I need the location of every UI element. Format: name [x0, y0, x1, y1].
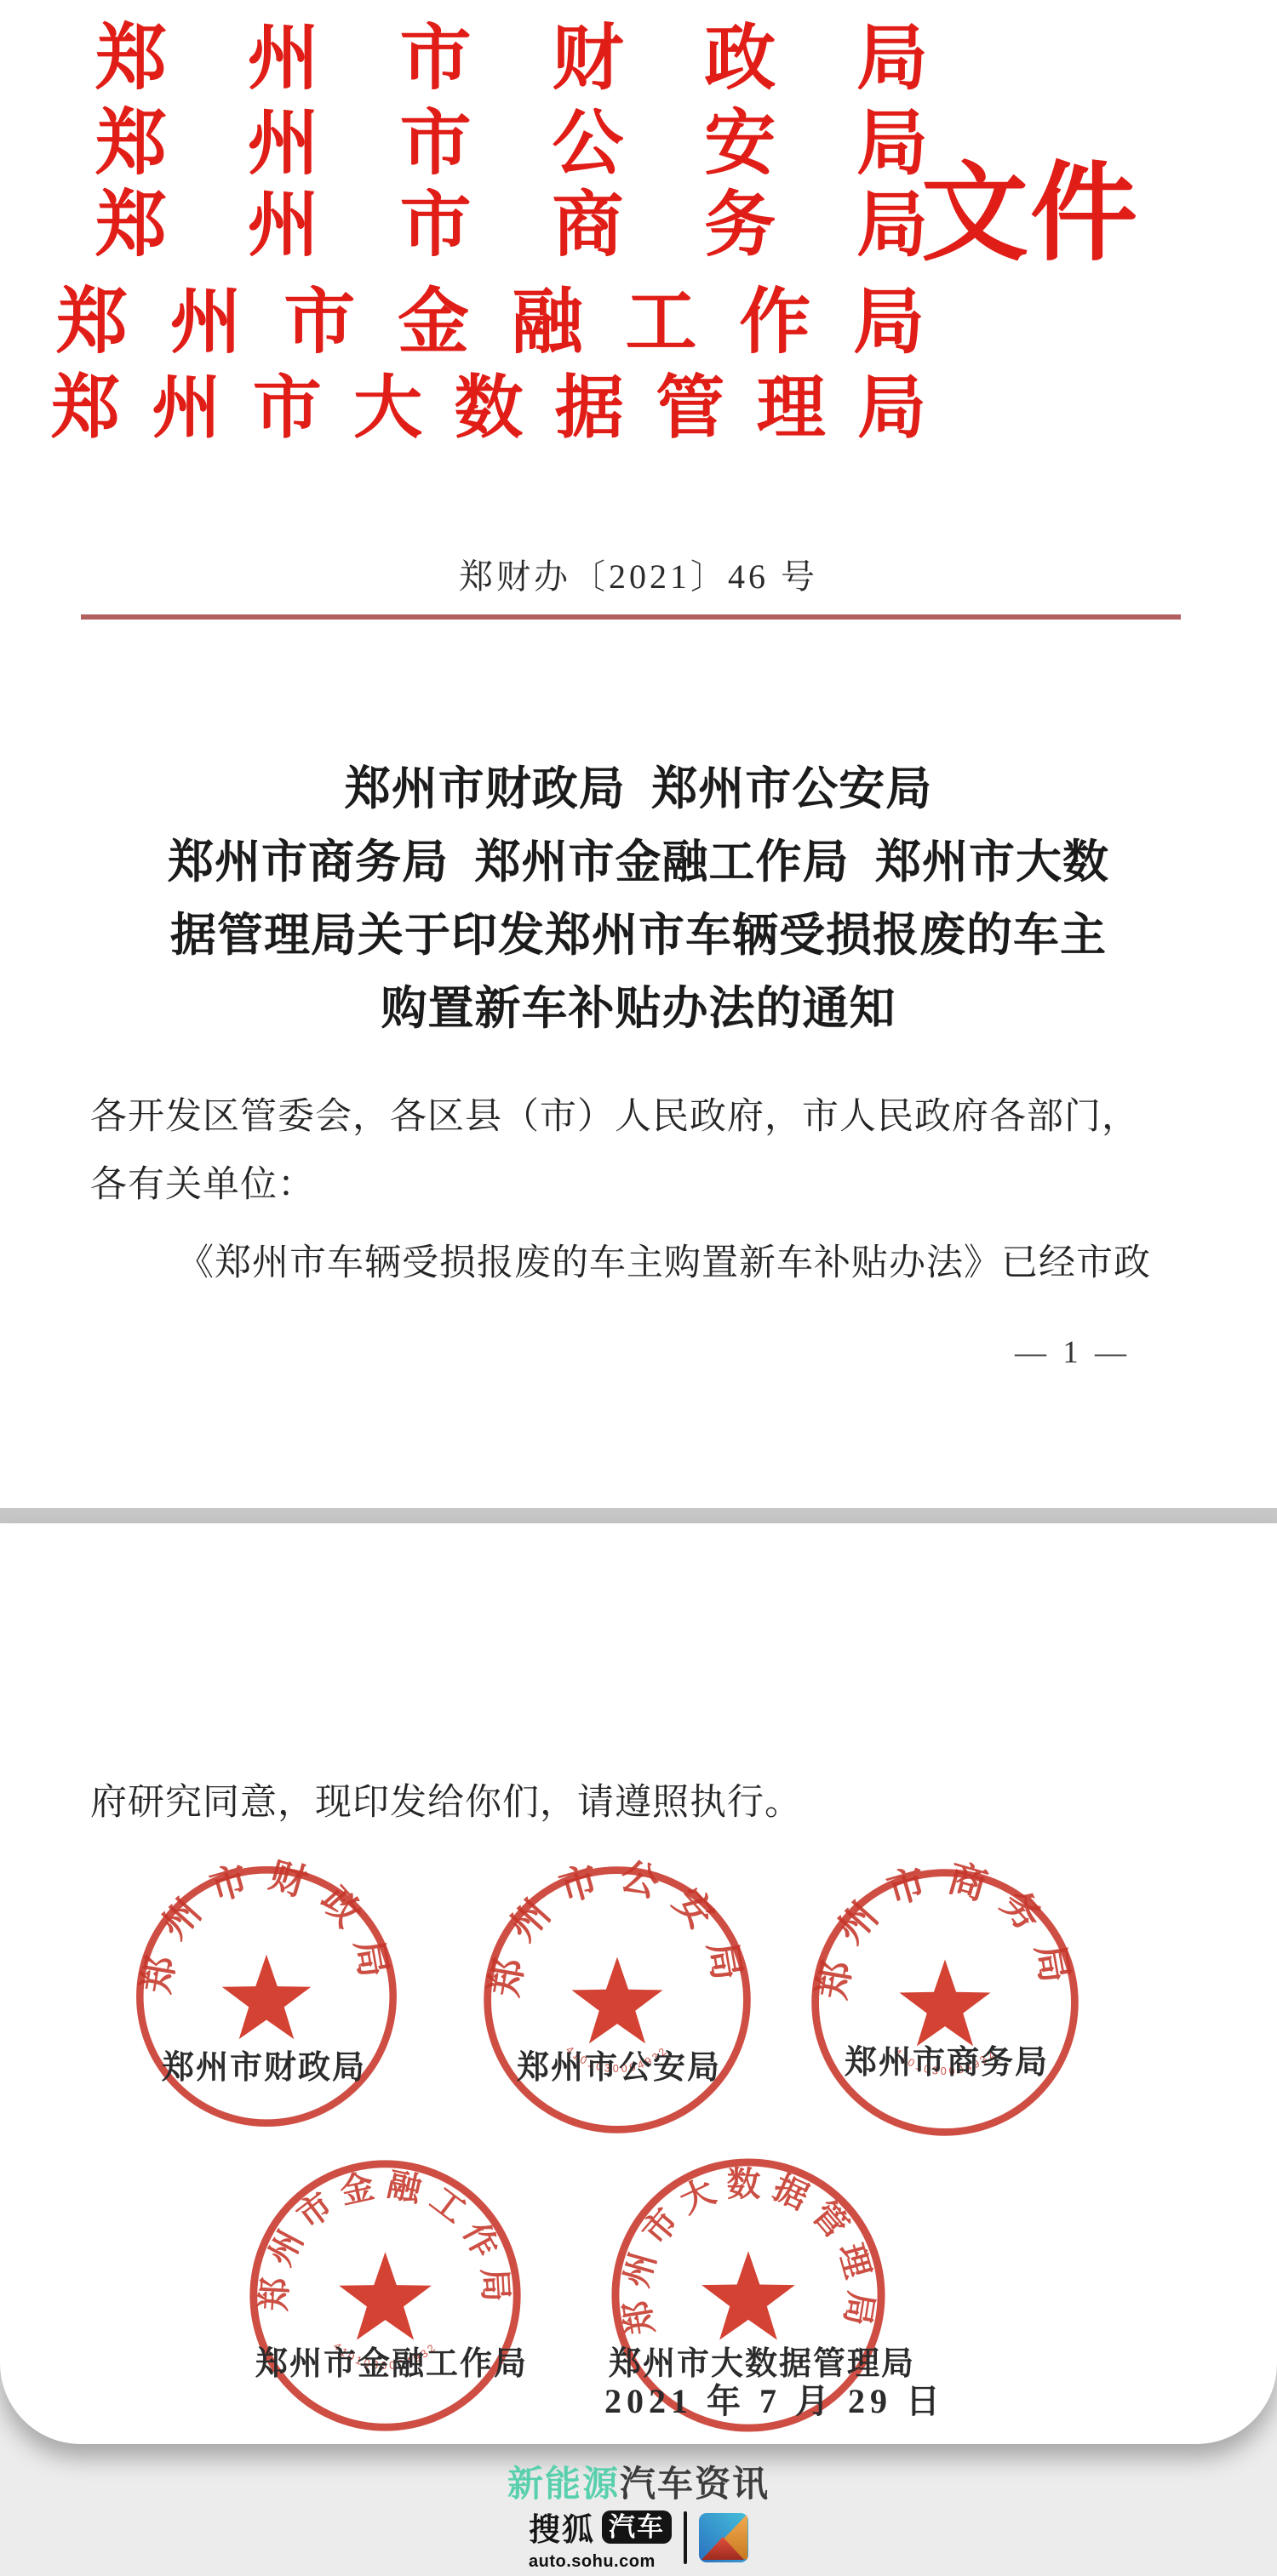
seal-star: [222, 1955, 312, 2039]
official-seal-finance: 郑州市财政局: [129, 1859, 404, 2133]
seal-label-police: 郑州市公安局: [517, 2041, 721, 2088]
brand-name-line: 搜狐 汽车: [529, 2504, 672, 2550]
seal-star: [701, 2251, 795, 2339]
title-line-4: 购置新车补贴办法的通知: [0, 972, 1277, 1045]
seal-label-finance: 郑州市财政局: [162, 2041, 366, 2088]
seal-star: [571, 1957, 662, 2044]
seal-star: [899, 1960, 990, 2047]
letterhead-agency-bigdata: 郑州市大数据管理局: [51, 371, 926, 446]
seal-graphic: 郑州市公安局 4101030004932: [477, 1859, 758, 2140]
body-line-1: 各开发区管委会，各区县（市）人民政府，市人民政府各部门，: [90, 1088, 1139, 1139]
title-line-2: 郑州市商务局 郑州市金融工作局 郑州市大数: [0, 825, 1277, 899]
brand-name: 搜狐: [529, 2504, 595, 2550]
letterhead-agency-commerce: 郑州市商务局: [95, 189, 928, 264]
seal-label-commerce: 郑州市商务局: [845, 2036, 1049, 2082]
seal-graphic: 郑州市金融工作局 4101030004932: [243, 2153, 528, 2438]
letterhead-agency-police: 郑州市公安局: [95, 107, 928, 182]
document-title: 郑州市财政局 郑州市公安局 郑州市商务局 郑州市金融工作局 郑州市大数 据管理局…: [0, 752, 1277, 1045]
document-screenshot: 郑州市财政局 郑州市公安局 郑州市商务局 郑州市金融工作局 郑州市大数据管理局 …: [0, 0, 1277, 2576]
official-seal-police: 郑州市公安局 4101030004932: [477, 1859, 758, 2140]
brand-badge: 汽车: [602, 2510, 672, 2544]
body-line-continued: 府研究同意，现印发给你们，请遵照执行。: [90, 1773, 802, 1825]
sohu-auto-logo-icon: [699, 2513, 748, 2562]
seal-graphic: 郑州市财政局: [129, 1859, 404, 2133]
letterhead-agency-finance-work: 郑州市金融工作局: [56, 286, 925, 361]
official-seal-financial-work: 郑州市金融工作局 4101030004932: [243, 2153, 528, 2438]
footer-brand: 搜狐 汽车 auto.sohu.com: [0, 2504, 1277, 2572]
page-number: — 1 —: [996, 1334, 1149, 1371]
letterhead-doc-type: 文件: [921, 162, 1142, 269]
title-line-1: 郑州市财政局 郑州市公安局: [0, 752, 1277, 825]
official-seal-commerce: 郑州市商务局 4101030004932: [805, 1862, 1085, 2143]
seal-label-financial-work: 郑州市金融工作局: [255, 2337, 528, 2384]
brand-text-block: 搜狐 汽车 auto.sohu.com: [529, 2504, 672, 2572]
body-line-3: 《郑州市车辆受损报废的车主购置新车补贴办法》已经市政: [90, 1234, 1151, 1286]
letterhead-rule: [81, 614, 1181, 620]
title-line-3: 据管理局关于印发郑州市车辆受损报废的车主: [0, 899, 1277, 972]
page-separator: [0, 1508, 1277, 1523]
footer-headline: 新能源汽车资讯: [0, 2456, 1277, 2507]
brand-divider: [684, 2511, 687, 2564]
footer-headline-highlight: 新能源: [507, 2464, 620, 2504]
letterhead-agency-finance: 郑州市财政局: [95, 22, 928, 97]
document-number: 郑财办〔2021〕46 号: [0, 550, 1277, 598]
seal-graphic: 郑州市商务局 4101030004932: [805, 1862, 1085, 2143]
body-line-2: 各有关单位：: [90, 1156, 315, 1208]
footer-headline-rest: 汽车资讯: [620, 2464, 770, 2504]
seal-star: [339, 2252, 432, 2339]
signature-date: 2021 年 7 月 29 日: [604, 2374, 945, 2423]
brand-url: auto.sohu.com: [529, 2552, 656, 2572]
document-page-2: 府研究同意，现印发给你们，请遵照执行。 郑州市财政局: [0, 1523, 1277, 2444]
document-page-1: 郑州市财政局 郑州市公安局 郑州市商务局 郑州市金融工作局 郑州市大数据管理局 …: [0, 0, 1277, 1508]
